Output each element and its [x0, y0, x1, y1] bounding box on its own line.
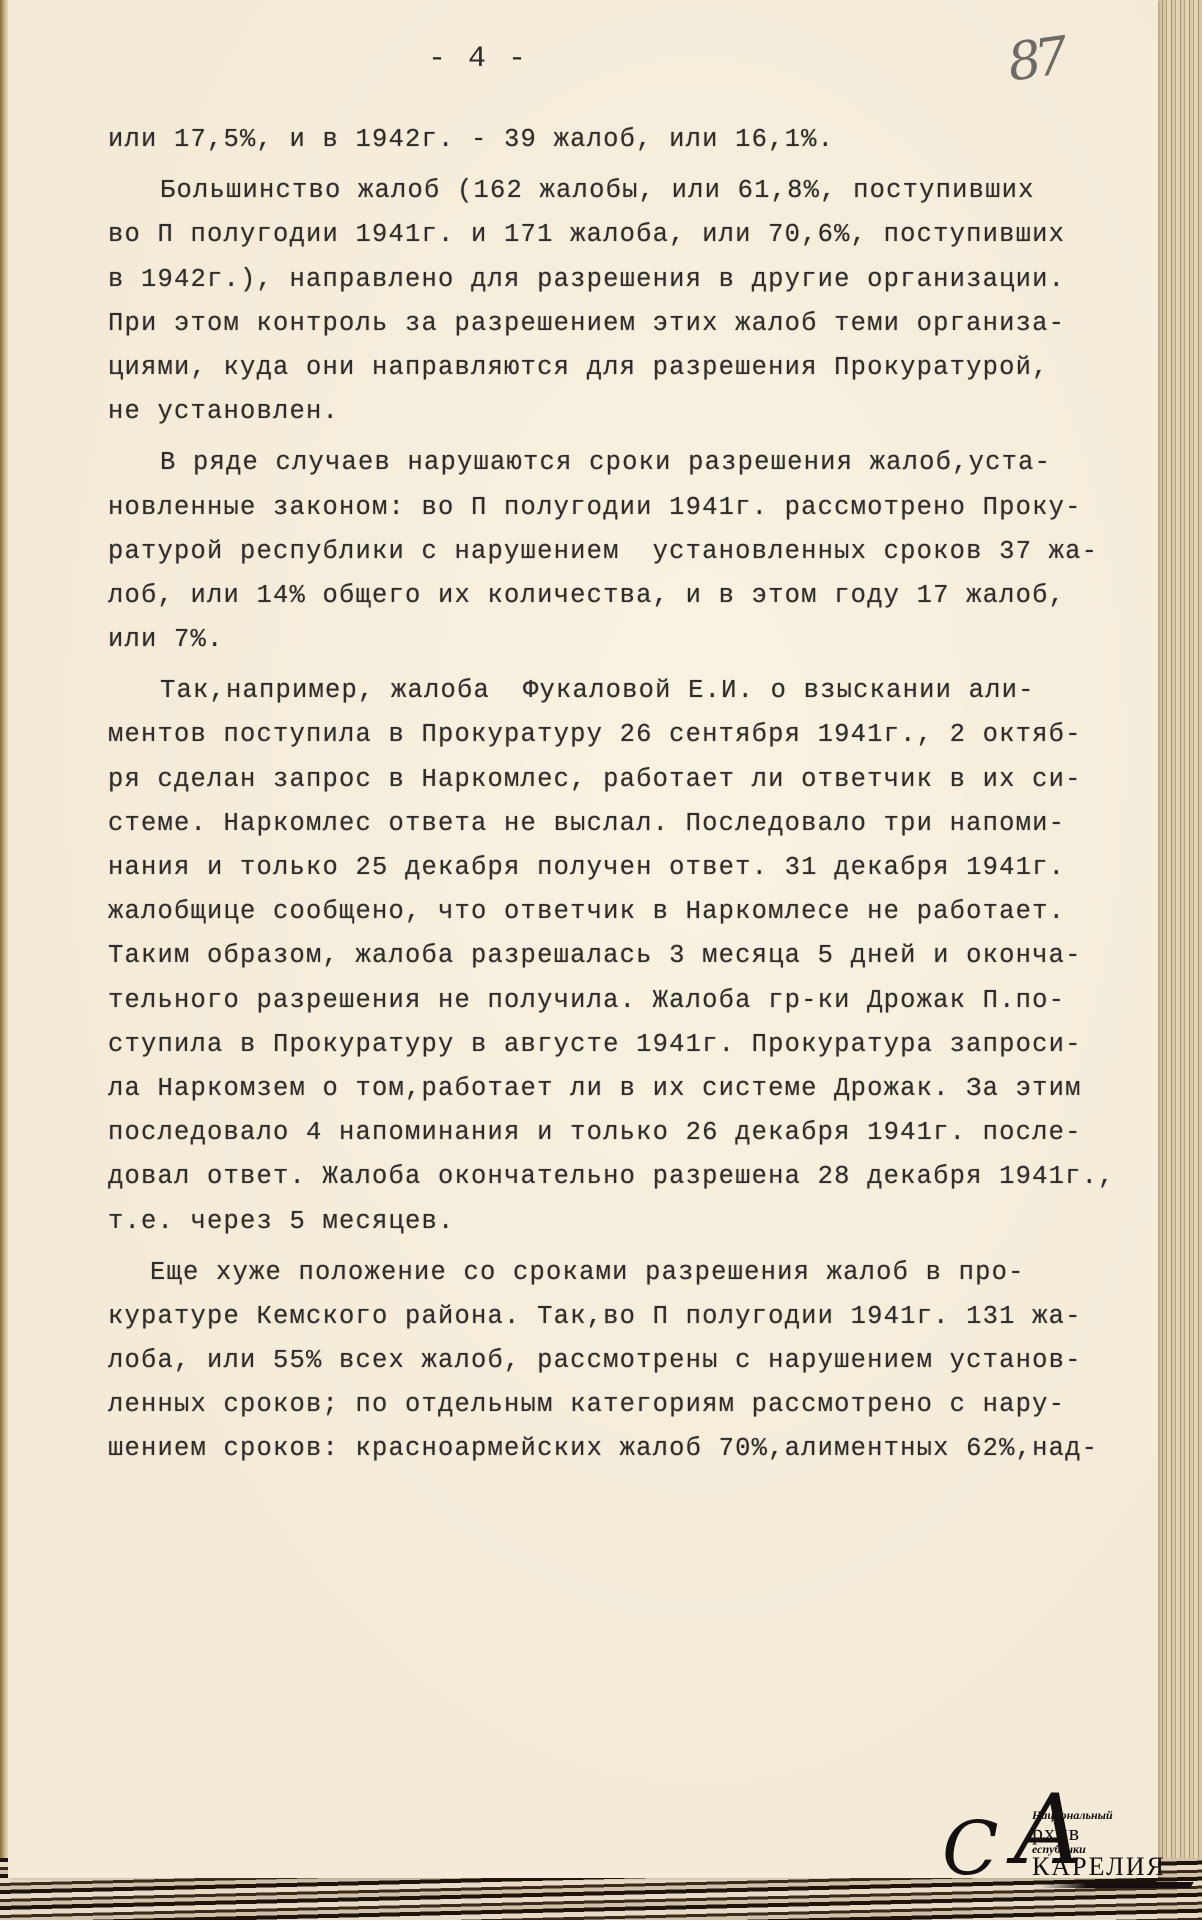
logo-line-karelia: КАРЕЛИЯ	[1032, 1852, 1166, 1882]
text-line: Таким образом, жалоба разрешалась 3 меся…	[108, 934, 1118, 978]
text-line: довал ответ. Жалоба окончательно разреше…	[108, 1155, 1118, 1199]
logo-monogram-c: С	[942, 1812, 999, 1886]
text-line: тельного разрешения не получила. Жалоба …	[108, 979, 1118, 1023]
text-line: ментов поступила в Прокуратуру 26 сентяб…	[108, 713, 1118, 757]
text-line: ря сделан запрос в Наркомлес, работает л…	[108, 758, 1118, 802]
text-line: т.е. через 5 месяцев.	[108, 1200, 1118, 1244]
page-number: - 4 -	[428, 42, 528, 76]
text-line: Большинство жалоб (162 жалобы, или 61,8%…	[108, 169, 1118, 213]
text-line: ратурой республики с нарушением установл…	[108, 530, 1118, 574]
text-line: ленных сроков; по отдельным категориям р…	[108, 1383, 1118, 1427]
page-stack-right-edge	[1154, 0, 1202, 1900]
document-page: - 4 - 87 или 17,5%, и в 1942г. - 39 жало…	[8, 0, 1158, 1878]
text-line: При этом контроль за разрешением этих жа…	[108, 302, 1118, 346]
text-line: во П полугодии 1941г. и 171 жалоба, или …	[108, 213, 1118, 257]
text-line: Еще хуже положение со сроками разрешения…	[108, 1251, 1118, 1295]
text-line: нания и только 25 декабря получен ответ.…	[108, 846, 1118, 890]
text-line: лоб, или 14% общего их количества, и в э…	[108, 574, 1118, 618]
text-line: или 17,5%, и в 1942г. - 39 жалоб, или 16…	[108, 118, 1118, 162]
text-line: жалобщице сообщено, что ответчик в Нарко…	[108, 890, 1118, 934]
handwritten-folio-number: 87	[1004, 27, 1066, 94]
text-line: В ряде случаев нарушаются сроки разрешен…	[108, 441, 1118, 485]
text-line: стеме. Наркомлес ответа не выслал. После…	[108, 802, 1118, 846]
binding-edge	[0, 0, 8, 1880]
text-line: лоба, или 55% всех жалоб, рассмотрены с …	[108, 1339, 1118, 1383]
archive-watermark-logo: С А Национальный рхив еспублики КАРЕЛИЯ	[882, 1782, 1202, 1902]
text-line: куратуре Кемского района. Так,во П полуг…	[108, 1295, 1118, 1339]
text-line: ступила в Прокуратуру в августе 1941г. П…	[108, 1023, 1118, 1067]
text-line: Так,например, жалоба Фукаловой Е.И. о вз…	[108, 669, 1118, 713]
text-line: или 7%.	[108, 618, 1118, 662]
text-line: не установлен.	[108, 390, 1118, 434]
text-line: циями, куда они направляются для разреше…	[108, 346, 1118, 390]
text-line: в 1942г.), направлено для разрешения в д…	[108, 258, 1118, 302]
text-line: последовало 4 напоминания и только 26 де…	[108, 1111, 1118, 1155]
text-line: ла Наркомзем о том,работает ли в их сист…	[108, 1067, 1118, 1111]
document-body: или 17,5%, и в 1942г. - 39 жалоб, или 16…	[108, 118, 1118, 1472]
quill-pen-icon	[1040, 1882, 1193, 1888]
document-scan: - 4 - 87 или 17,5%, и в 1942г. - 39 жало…	[0, 0, 1202, 1920]
text-line: новленные законом: во П полугодии 1941г.…	[108, 486, 1118, 530]
text-line: шением сроков: красноармейских жалоб 70%…	[108, 1427, 1118, 1471]
